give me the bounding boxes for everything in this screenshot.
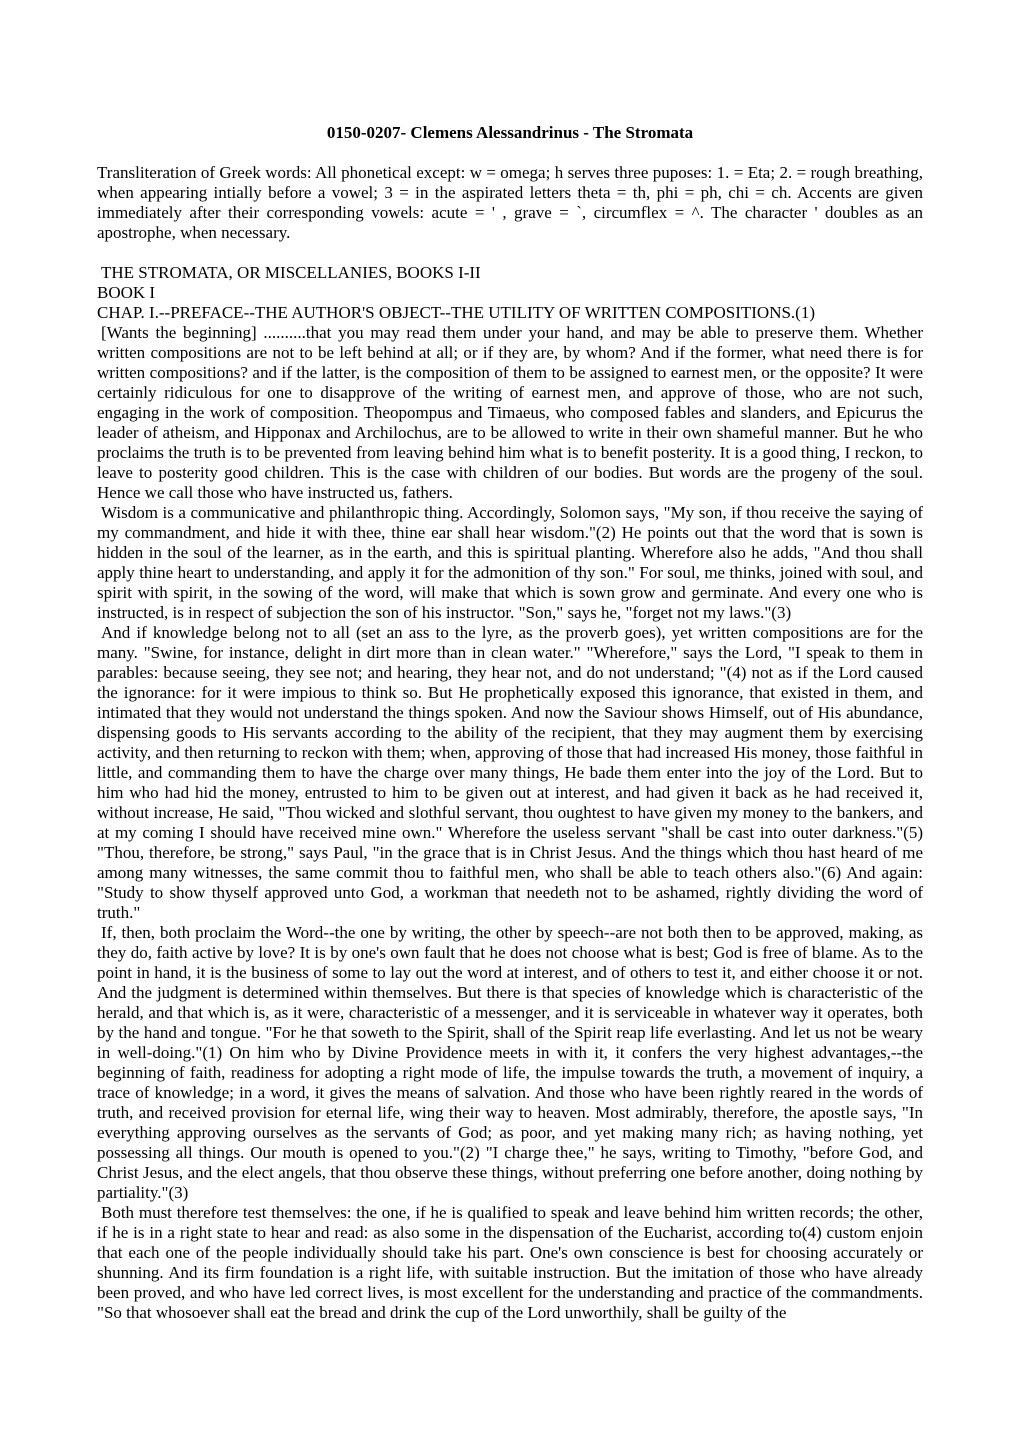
document-page: 0150-0207- Clemens Alessandrinus - The S… — [0, 0, 1020, 1443]
body-paragraph-5: Both must therefore test themselves: the… — [97, 1203, 923, 1323]
chapter-heading: CHAP. I.--PREFACE--THE AUTHOR'S OBJECT--… — [97, 303, 923, 323]
body-paragraph-4: If, then, both proclaim the Word--the on… — [97, 923, 923, 1203]
transliteration-note: Transliteration of Greek words: All phon… — [97, 163, 923, 243]
book-heading: BOOK I — [97, 283, 923, 303]
body-paragraph-1: [Wants the beginning] ..........that you… — [97, 323, 923, 503]
body-paragraph-3: And if knowledge belong not to all (set … — [97, 623, 923, 923]
document-title: 0150-0207- Clemens Alessandrinus - The S… — [97, 123, 923, 143]
body-paragraph-2: Wisdom is a communicative and philanthro… — [97, 503, 923, 623]
work-heading: THE STROMATA, OR MISCELLANIES, BOOKS I-I… — [97, 263, 923, 283]
